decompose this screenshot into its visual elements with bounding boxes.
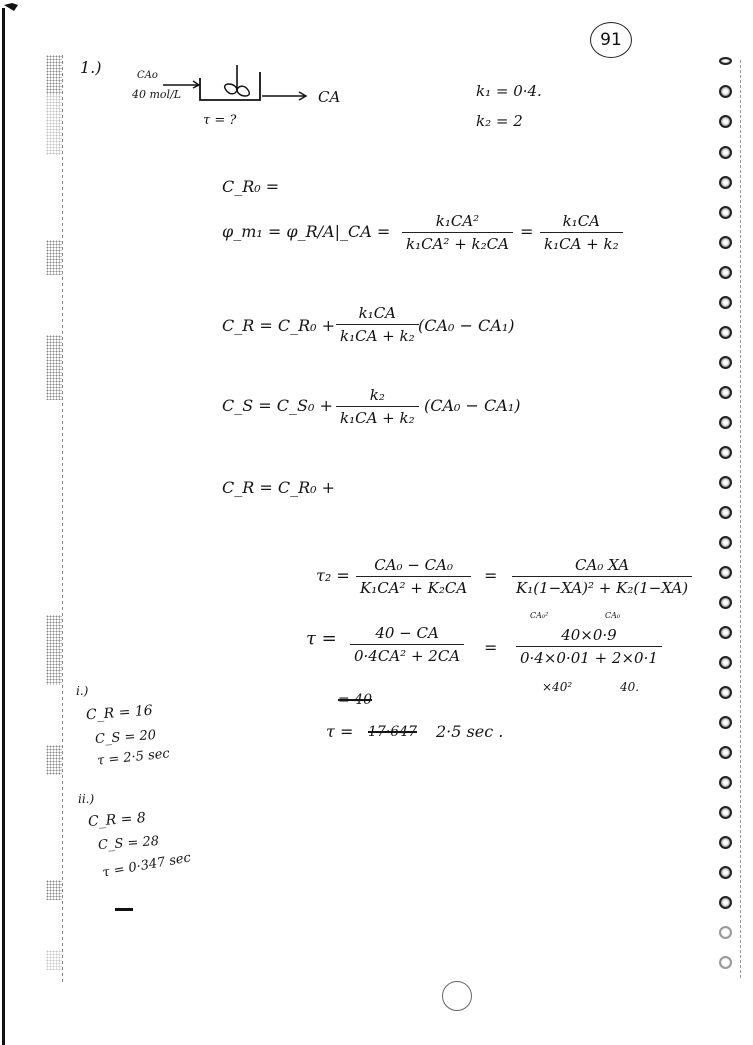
phi-lhs: φ_m₁ = φ_R/A|_CA = xyxy=(222,222,390,241)
question-number: 1.) xyxy=(80,58,102,77)
binding-hole xyxy=(719,596,732,609)
subscript-note: CA₀ xyxy=(605,611,620,620)
binding-hole xyxy=(719,446,732,459)
cr-fraction: k₁CA k₁CA + k₂ xyxy=(336,304,419,345)
equals-sign: = xyxy=(520,222,533,241)
binding-hole xyxy=(719,746,732,759)
binding-hole xyxy=(719,926,732,939)
equals-sign: = xyxy=(484,566,497,585)
numerator: k₁CA² xyxy=(432,212,483,232)
k2-value: k₂ = 2 xyxy=(476,112,523,130)
phi-fraction-1: k₁CA² k₁CA² + k₂CA xyxy=(402,212,513,253)
binding-hole xyxy=(719,416,732,429)
denominator: K₁(1−XA)² + K₂(1−XA) xyxy=(512,576,692,597)
scan-left-edge xyxy=(2,8,5,1045)
binding-hole xyxy=(719,656,732,669)
binding-hole xyxy=(719,206,732,219)
tau2-fraction: CA₀ − CA₀ K₁CA² + K₂CA xyxy=(356,556,471,597)
binding-hole xyxy=(719,476,732,489)
binding-hole xyxy=(719,866,732,879)
binding-hole xyxy=(719,115,732,128)
denominator: 0·4CA² + 2CA xyxy=(350,644,464,665)
binding-hole xyxy=(719,176,732,189)
answer-cr: C_R = 16 xyxy=(86,703,154,724)
tau2-lhs: τ₂ = xyxy=(316,566,350,585)
denominator: k₁CA + k₂ xyxy=(336,324,419,345)
multiplier-note: ×40² xyxy=(542,680,572,694)
scanned-notebook-page: 91 1.) CAo 40 mol/L CA τ = ? k₁ = 0·4. k… xyxy=(0,0,753,1045)
cr-lhs: C_R = C_R₀ + xyxy=(222,316,335,335)
cs-fraction: k₂ k₁CA + k₂ xyxy=(336,386,419,427)
margin-shading xyxy=(46,615,62,685)
binding-hole xyxy=(719,57,732,65)
multiplier-note: 40. xyxy=(620,680,639,694)
binding-hole xyxy=(719,896,732,909)
tau-result: 2·5 sec . xyxy=(436,722,503,741)
numerator: k₂ xyxy=(366,386,389,406)
answer-tau: τ = 0·347 sec xyxy=(101,850,192,880)
numerator: CA₀ − CA₀ xyxy=(370,556,457,576)
page-number: 91 xyxy=(590,22,632,58)
binding-hole xyxy=(719,686,732,699)
denominator: k₁CA + k₂ xyxy=(336,406,419,427)
binding-hole xyxy=(719,716,732,729)
cr-rhs: (CA₀ − CA₁) xyxy=(418,316,514,335)
numerator: k₁CA xyxy=(355,304,400,324)
struck-out-result: 17·647 xyxy=(368,724,417,740)
end-dash-mark xyxy=(115,908,133,911)
feed-label: CAo xyxy=(137,70,158,81)
binding-hole xyxy=(719,566,732,579)
margin-shading xyxy=(46,240,62,275)
binding-hole xyxy=(719,386,732,399)
denominator: K₁CA² + K₂CA xyxy=(356,576,471,597)
binding-hole xyxy=(719,326,732,339)
binding-hole xyxy=(719,296,732,309)
denominator: k₁CA + k₂ xyxy=(540,232,623,253)
cs-lhs: C_S = C_S₀ + xyxy=(222,396,333,415)
tau-fraction: 40 − CA 0·4CA² + 2CA xyxy=(350,624,464,665)
k1-value: k₁ = 0·4. xyxy=(476,82,542,100)
part-label: ii.) xyxy=(78,792,94,806)
denominator: 0·4×0·01 + 2×0·1 xyxy=(516,646,662,667)
denominator: k₁CA² + k₂CA xyxy=(402,232,513,253)
outlet-label: CA xyxy=(318,88,340,106)
binding-hole xyxy=(719,85,732,98)
binding-hole xyxy=(719,626,732,639)
binding-hole xyxy=(719,236,732,249)
equals-sign: = xyxy=(484,638,497,657)
answer-cs: C_S = 28 xyxy=(98,834,160,853)
numerator: k₁CA xyxy=(559,212,604,232)
tau-unknown: τ = ? xyxy=(203,113,236,128)
part-label: i.) xyxy=(76,684,88,698)
binding-hole xyxy=(719,776,732,789)
answer-cs: C_S = 20 xyxy=(95,728,157,747)
binding-hole xyxy=(719,506,732,519)
tau2-fraction-2: CA₀ XA K₁(1−XA)² + K₂(1−XA) xyxy=(512,556,692,597)
cstr-sketch xyxy=(160,60,310,115)
margin-shading xyxy=(46,950,62,970)
struck-out-value: = 40 xyxy=(338,692,372,708)
binding-hole xyxy=(719,536,732,549)
margin-shading xyxy=(46,745,62,775)
numerator: 40×0·9 xyxy=(557,626,621,646)
margin-shading xyxy=(46,880,62,900)
cr-partial-line: C_R = C_R₀ + xyxy=(222,478,335,497)
binding-hole xyxy=(719,806,732,819)
binding-hole xyxy=(719,356,732,369)
cs-rhs: (CA₀ − CA₁) xyxy=(424,396,520,415)
binding-hole xyxy=(719,266,732,279)
margin-shading xyxy=(46,95,62,155)
phi-fraction-2: k₁CA k₁CA + k₂ xyxy=(540,212,623,253)
answer-cr: C_R = 8 xyxy=(88,810,147,830)
binding-hole xyxy=(719,146,732,159)
binding-edge-line xyxy=(740,60,741,980)
margin-shading xyxy=(46,55,62,95)
tau-lhs: τ = xyxy=(306,628,337,649)
answer-tau: τ = 2·5 sec xyxy=(96,746,170,769)
tau-numeric-fraction: 40×0·9 0·4×0·01 + 2×0·1 xyxy=(516,626,662,667)
numerator: 40 − CA xyxy=(371,624,443,644)
margin-shading xyxy=(46,335,62,400)
binding-hole xyxy=(719,956,732,969)
tau-result-prefix: τ = xyxy=(326,722,353,741)
cr0-line: C_R₀ = xyxy=(222,177,279,196)
margin-rule xyxy=(62,55,63,985)
bottom-circle-mark xyxy=(442,981,472,1011)
numerator: CA₀ XA xyxy=(571,556,633,576)
corner-fold-mark xyxy=(4,2,22,12)
subscript-note: CA₀² xyxy=(530,611,548,620)
binding-hole xyxy=(719,836,732,849)
